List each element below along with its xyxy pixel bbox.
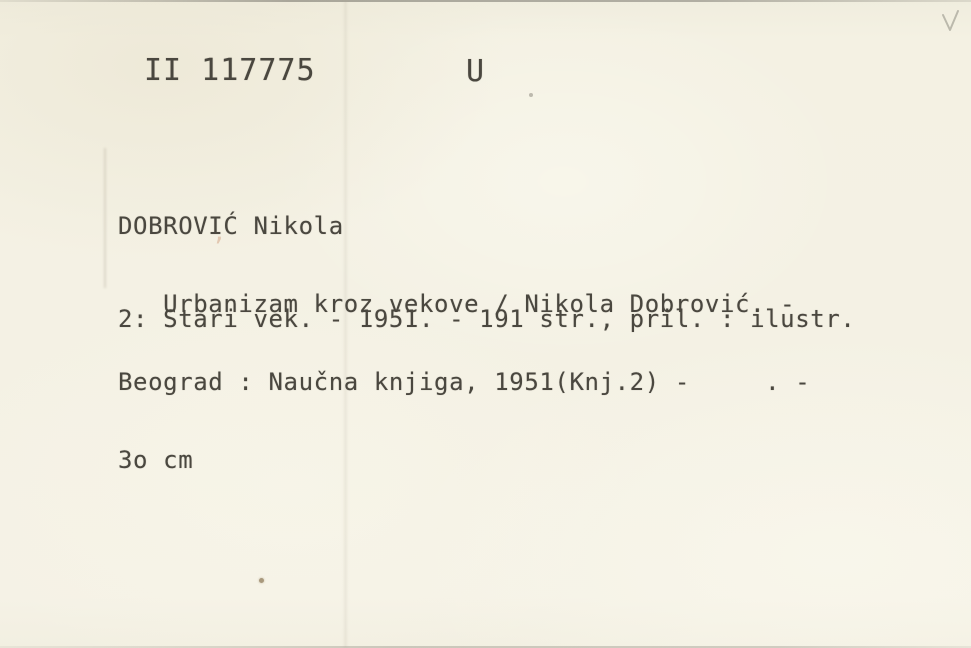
volume-note: 2: Stari vek. - 1951. - 191 str., pril. … bbox=[118, 306, 855, 332]
entry-line-dimensions: 3o cm bbox=[118, 447, 810, 473]
entry-line-imprint: Beograd : Naučna knjiga, 1951(Knj.2) - .… bbox=[118, 369, 810, 395]
paper-speck bbox=[259, 578, 264, 583]
section-letter: U bbox=[466, 55, 484, 89]
card-crease bbox=[104, 148, 106, 288]
pencil-checkmark-icon bbox=[941, 9, 961, 33]
scan-edge-top bbox=[0, 0, 971, 2]
catalog-card: II 117775 U DOBROVIĆ Nikola Urbanizam kr… bbox=[0, 0, 971, 648]
paper-speck bbox=[529, 93, 533, 97]
faint-comma-mark: , bbox=[212, 218, 226, 246]
catalog-entry: DOBROVIĆ Nikola Urbanizam kroz vekove / … bbox=[118, 161, 810, 525]
call-number: II 117775 bbox=[144, 54, 316, 88]
